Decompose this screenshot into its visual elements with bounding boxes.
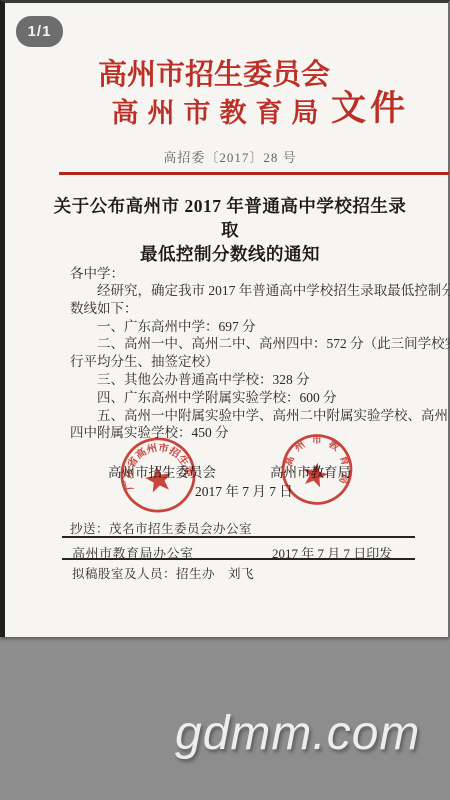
issuer-name-line1: 高州市招生委员会: [98, 52, 328, 93]
document-title: 关于公布高州市 2017 年普通高中学校招生录取 最低控制分数线的通知: [50, 194, 410, 266]
issuer-name-line2: 高州市教育局: [100, 91, 330, 130]
footer-divider-bottom: [62, 558, 415, 560]
salutation: 各中学：: [70, 262, 124, 282]
doc-type-label: 文件: [331, 81, 409, 131]
page-indicator-text: 1/1: [28, 23, 52, 40]
body-text: 经研究，确定我市 2017 年普通高中学校招生录取最低控制分数线如下：一、广东高…: [70, 282, 400, 442]
official-seal-right-icon: 高州市教育局: [272, 431, 362, 508]
body-line: 行平均分生、抽签定校）: [70, 353, 400, 371]
body-line: 数线如下：: [70, 300, 400, 318]
body-line: 五、高州一中附属实验中学、高州二中附属实验学校、高州: [70, 407, 400, 425]
official-seal-left-icon: 广东省高州市招生委员会: [110, 434, 206, 516]
cc-line: 抄送：茂名市招生委员会办公室: [70, 519, 252, 537]
footer-divider-top: [62, 536, 415, 538]
body-line: 三、其他公办普通高中学校：328 分: [70, 371, 400, 389]
body-line: 二、高州一中、高州二中、高州四中：572 分（此三间学校实: [70, 335, 400, 353]
seal-right-text: 高州市教育局: [280, 431, 360, 486]
seal-star-icon: [300, 460, 330, 489]
body-line: 经研究，确定我市 2017 年普通高中学校招生录取最低控制分: [70, 282, 400, 300]
title-line1: 关于公布高州市 2017 年普通高中学校招生录取: [50, 194, 410, 242]
doc-number: 高招委〔2017〕28 号: [60, 147, 400, 166]
page-indicator-badge: 1/1: [16, 16, 63, 47]
seal-star-icon: [143, 464, 174, 493]
drafter-line: 拟稿股室及人员：招生办 刘飞: [72, 564, 254, 582]
header-divider: [59, 172, 449, 175]
svg-text:高州市教育局: 高州市教育局: [280, 431, 360, 486]
image-viewer: 高州市招生委员会 高州市教育局 文件 高招委〔2017〕28 号 关于公布高州市…: [0, 0, 450, 800]
body-line: 一、广东高州中学：697 分: [70, 318, 400, 336]
body-line: 四、广东高州中学附属实验学校：600 分: [70, 389, 400, 407]
watermark-text: gdmm.com: [175, 706, 420, 761]
document-photo[interactable]: 高州市招生委员会 高州市教育局 文件 高招委〔2017〕28 号 关于公布高州市…: [0, 0, 450, 637]
